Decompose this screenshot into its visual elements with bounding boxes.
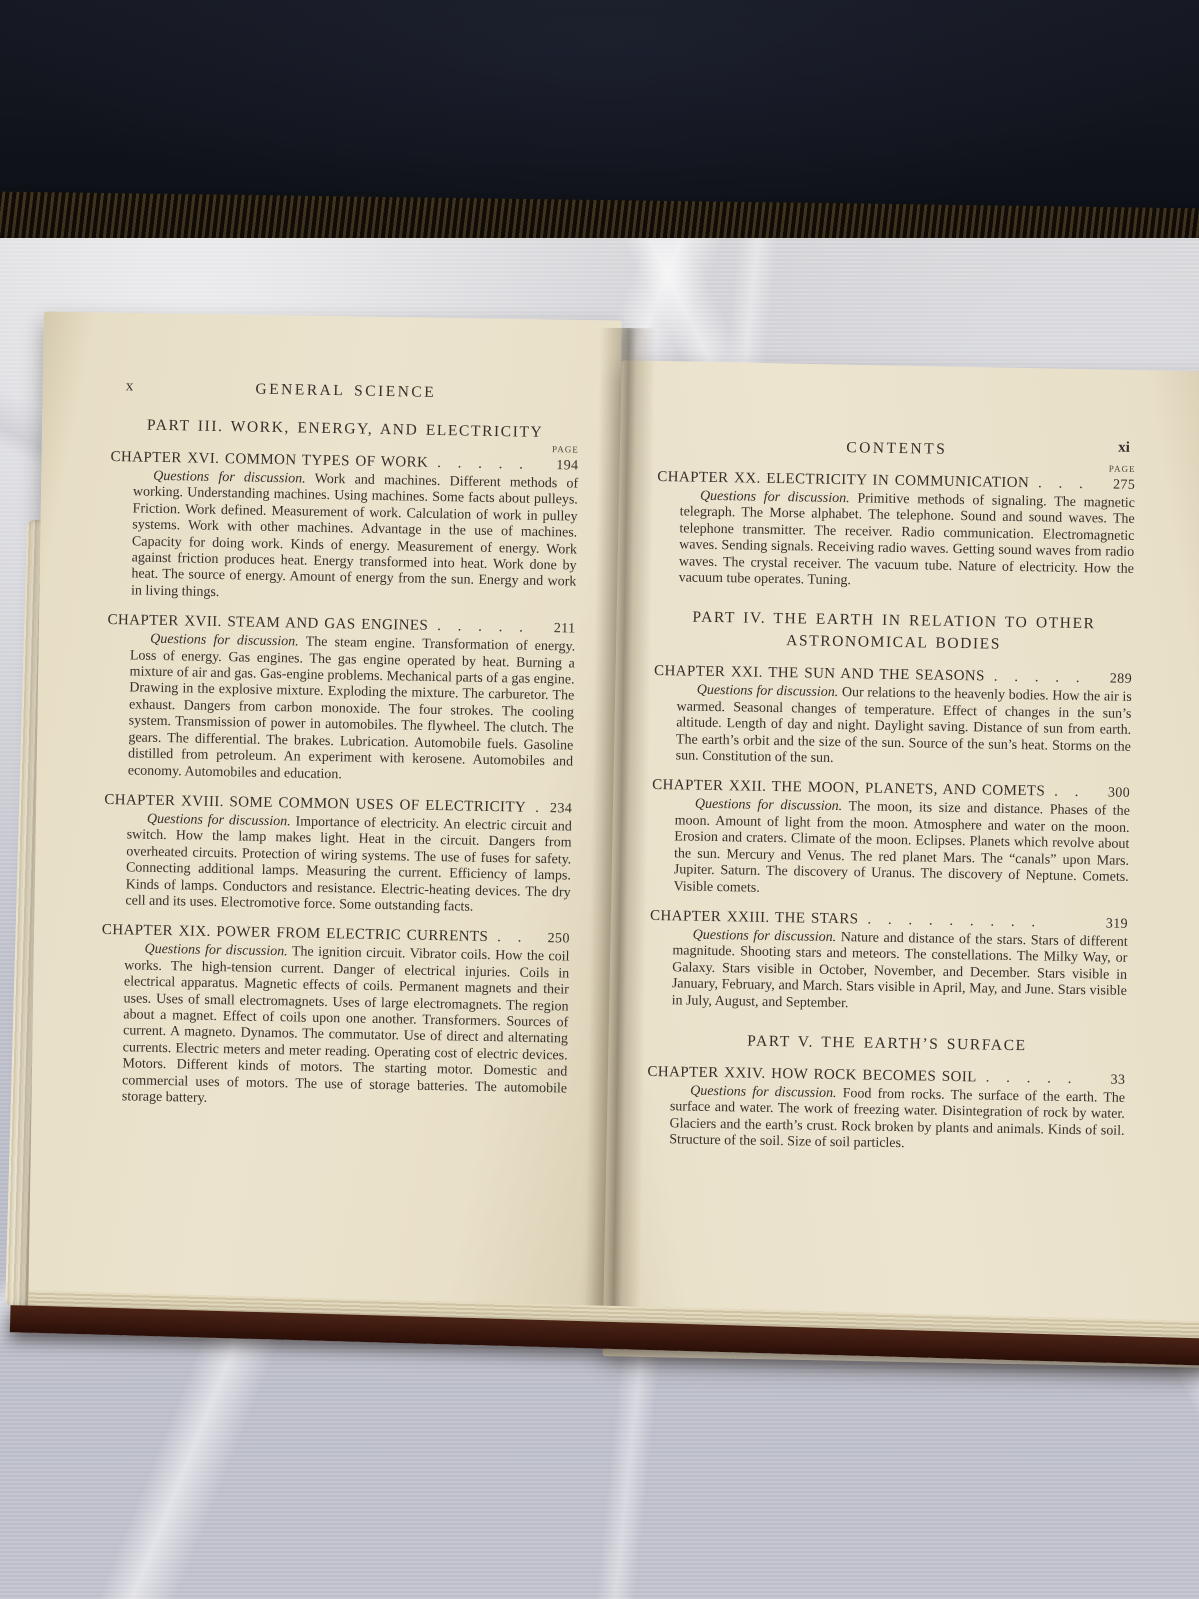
toc-entry-chapter-xvii: CHAPTER XVII. STEAM AND GAS ENGINES . . … <box>105 612 576 787</box>
leader-dots: . . . . . <box>437 618 544 637</box>
chapter-xxii-summary: Questions for discussion. The moon, its … <box>673 797 1130 903</box>
right-page-text: CONTENTS xi PAGE CHAPTER XX. ELECTRICITY… <box>646 436 1136 1156</box>
chapter-xxii-page-number: 300 <box>1104 786 1130 802</box>
chapter-xx-page-number: 275 <box>1109 477 1135 493</box>
chapter-xxiii-page-number: 319 <box>1102 916 1128 932</box>
chapter-xvii-summary: Questions for discussion. The steam engi… <box>128 632 576 788</box>
left-running-head: GENERAL SCIENCE <box>255 381 436 401</box>
chapter-xxi-page-number: 289 <box>1106 672 1132 688</box>
part-v-heading: PART V. THE EARTH’S SURFACE <box>648 1029 1126 1059</box>
page-column-label-right: PAGE <box>1109 463 1136 473</box>
toc-entry-chapter-xix: CHAPTER XIX. POWER FROM ELECTRIC CURRENT… <box>99 922 570 1114</box>
leader-dots: . . . . . <box>994 669 1100 688</box>
toc-entry-chapter-xviii: CHAPTER XVIII. SOME COMMON USES OF ELECT… <box>102 792 572 918</box>
chapter-xxiv-summary: Questions for discussion. Food from rock… <box>669 1083 1125 1156</box>
chapter-xxiii-summary: Questions for discussion. Nature and dis… <box>671 927 1127 1017</box>
leader-dots: . . . . . . . . . <box>867 911 1096 932</box>
chapter-xix-summary: Questions for discussion. The ignition c… <box>122 942 570 1114</box>
toc-entry-chapter-xvi: PAGE CHAPTER XVI. COMMON TYPES OF WORK .… <box>108 449 579 608</box>
chapter-xvi-page-number: 194 <box>552 458 578 474</box>
leader-dots: . . . . . <box>437 455 547 474</box>
toc-entry-chapter-xxi: CHAPTER XXI. THE SUN AND THE SEASONS . .… <box>653 663 1133 772</box>
leader-dots: . . . . . <box>986 1069 1094 1088</box>
left-page-folio: x <box>126 378 134 395</box>
chapter-xviii-summary: Questions for discussion. Importance of … <box>125 811 572 918</box>
chapter-xix-page-number: 250 <box>544 931 570 947</box>
leader-dots: . . <box>497 929 538 947</box>
toc-entry-chapter-xx: PAGE CHAPTER XX. ELECTRICITY IN COMMUNIC… <box>656 469 1136 594</box>
page-column-label-left: PAGE <box>552 444 579 454</box>
chapter-xx-summary: Questions for discussion. Primitive meth… <box>679 488 1136 594</box>
right-running-head: CONTENTS <box>846 439 947 458</box>
left-page-text: x GENERAL SCIENCE PART III. WORK, ENERGY… <box>99 378 580 1114</box>
toc-entry-chapter-xxiv: CHAPTER XXIV. HOW ROCK BECOMES SOIL . . … <box>646 1064 1125 1157</box>
chapter-xvi-summary: Questions for discussion. Work and machi… <box>131 468 578 607</box>
part-iv-heading: PART IV. THE EARTH IN RELATION TO OTHER … <box>654 606 1133 658</box>
leader-dots: . . . <box>1038 475 1103 493</box>
leader-dots: . . <box>1054 784 1098 802</box>
chapter-xviii-page-number: 234 <box>546 801 572 817</box>
chapter-xxi-summary: Questions for discussion. Our relations … <box>676 683 1132 773</box>
chapter-xvii-page-number: 211 <box>549 621 575 637</box>
chapter-xxiv-page-number: 33 <box>1099 1072 1125 1088</box>
toc-entry-chapter-xxiii: CHAPTER XXIII. THE STARS . . . . . . . .… <box>649 908 1129 1017</box>
right-page-folio: xi <box>1118 440 1130 457</box>
part-iii-heading: PART III. WORK, ENERGY, AND ELECTRICITY <box>111 414 579 445</box>
leader-dots: . <box>535 800 540 817</box>
toc-entry-chapter-xxii: CHAPTER XXII. THE MOON, PLANETS, AND COM… <box>650 777 1130 902</box>
